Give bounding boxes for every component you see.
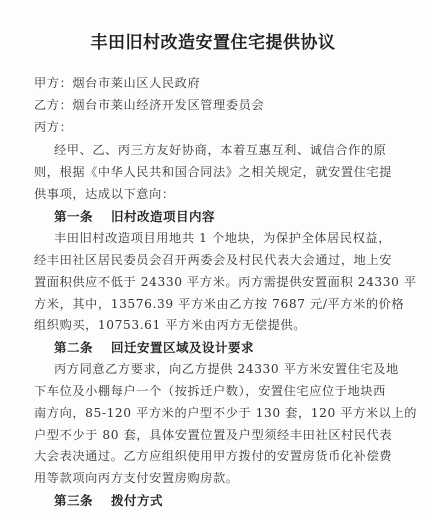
article-line: 组织购买，10753.61 平方米由丙方无偿提供。 — [34, 316, 306, 333]
article-2-heading: 第二条回迁安置区域及设计要求 — [54, 338, 254, 356]
intro-line: 经甲、乙、丙三方友好协商，本着互惠互利、诚信合作的原 — [54, 141, 386, 158]
party-b-value: 烟台市莱山经济开发区管理委员会 — [72, 98, 264, 112]
document-title: 丰田旧村改造安置住宅提供协议 — [0, 28, 426, 53]
article-number: 第三条 — [54, 493, 93, 508]
article-line: 下车位及小棚每户一个（按拆迁户数），安置住宅应位于地块西 — [34, 382, 386, 399]
article-title: 回迁安置区域及设计要求 — [111, 340, 254, 355]
party-a-label: 甲方： — [34, 76, 72, 90]
intro-line: 则，根据《中华人民共和国合同法》之相关规定，就安置住宅提 — [34, 163, 392, 180]
article-line: 方米，其中，13576.39 平方米由乙方按 7687 元/平方米的价格 — [34, 295, 404, 312]
party-b: 乙方：烟台市莱山经济开发区管理委员会 — [34, 96, 264, 113]
article-line: 户型不少于 80 套，具体安置位置及户型须经丰田社区村民代表 — [34, 426, 392, 443]
article-number: 第二条 — [54, 340, 93, 355]
article-3-heading: 第三条拨付方式 — [54, 491, 163, 509]
article-line: 置面积供应不低于 24330 平方米。丙方需提供安置面积 24330 平 — [34, 273, 417, 290]
article-line: 经丰田社区居民委员会召开两委会及村民代表大会通过，地上安 — [34, 251, 392, 268]
article-line: 南方向，85-120 平方米的户型不少于 130 套，120 平方米以上的 — [34, 404, 417, 421]
article-title: 旧村改造项目内容 — [111, 209, 215, 224]
article-line: 用等款项向丙方支付安置房购房款。 — [34, 469, 239, 486]
party-c-label: 丙方： — [34, 120, 72, 134]
intro-line: 供事项，达成以下意向： — [34, 185, 175, 202]
article-line: 丰田旧村改造项目用地共 1 个地块，为保护全体居民权益， — [54, 229, 391, 246]
party-b-label: 乙方： — [34, 98, 72, 112]
party-c: 丙方： — [34, 118, 72, 135]
article-title: 拨付方式 — [111, 493, 163, 508]
article-line: 丙方同意乙方要求，向乙方提供 24330 平方米安置住宅及地 — [54, 360, 399, 377]
party-a: 甲方：烟台市莱山区人民政府 — [34, 74, 200, 91]
article-1-heading: 第一条旧村改造项目内容 — [54, 207, 215, 225]
document-page: 丰田旧村改造安置住宅提供协议 甲方：烟台市莱山区人民政府 乙方：烟台市莱山经济开… — [0, 0, 426, 520]
article-number: 第一条 — [54, 209, 93, 224]
party-a-value: 烟台市莱山区人民政府 — [72, 76, 200, 90]
article-line: 大会表决通过。乙方应组织使用甲方拨付的安置房货币化补偿费 — [34, 447, 392, 464]
